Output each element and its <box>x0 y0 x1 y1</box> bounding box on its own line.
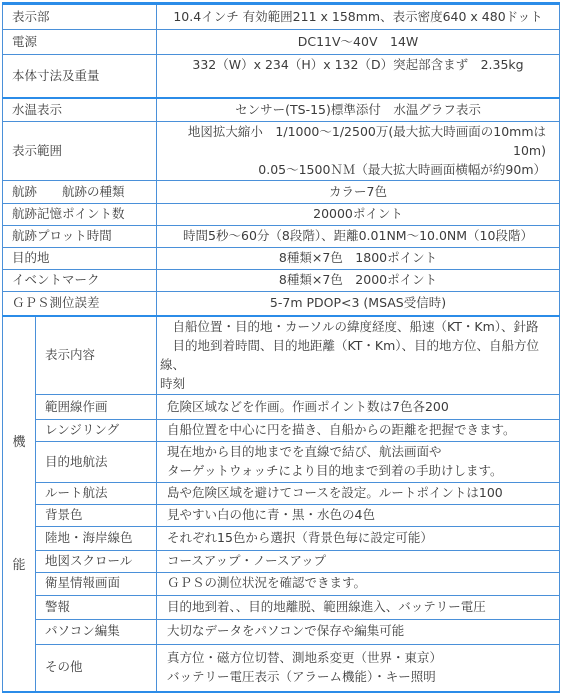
function-group-char: 能 <box>12 556 25 576</box>
table-row: 電源 DC11V～40V 14W <box>3 30 560 55</box>
spec-value: 時間5秒～60分（8段階）、距離0.01NM～10.0NM（10段階） <box>157 226 560 248</box>
spec-value: 見やすい白の他に青・黒・水色の4色 <box>157 504 560 526</box>
function-group-box: 機 能 <box>3 433 35 576</box>
table-row: 地図スクロール コースアップ・ノースアップ <box>3 550 560 572</box>
spec-label: レンジリング <box>36 420 157 442</box>
spec-value: 大切なデータをパソコンで保存や編集可能 <box>157 619 560 644</box>
table-row: 航跡 航跡の種類 カラー7色 <box>3 181 560 204</box>
spec-label: パソコン編集 <box>36 619 157 644</box>
table-row: 目的地航法 現在地から目的地までを直線で結び、航法画面や ターゲットウォッチによ… <box>3 442 560 483</box>
spec-value: センサー(TS-15)標準添付 水温グラフ表示 <box>157 98 560 122</box>
spec-label: 表示部 <box>3 4 157 30</box>
spec-label: 水温表示 <box>3 98 157 122</box>
table-row: ルート航法 島や危険区域を避けてコースを設定。ルートポイントは100 <box>3 482 560 504</box>
spec-value: DC11V～40V 14W <box>157 30 560 55</box>
spec-label: 背景色 <box>36 504 157 526</box>
spec-value: 目的地到着、、目的地離脱、範囲線進入、バッテリー電圧 <box>157 595 560 619</box>
table-row: ＧＰＳ測位誤差 5-7m PDOP<3 (MSAS受信時) <box>3 292 560 317</box>
function-group-label: 機 能 <box>3 316 36 692</box>
table-row: 表示範囲 地図拡大縮小 1/1000～1/2500万(最大拡大時画面の10mmは… <box>3 122 560 181</box>
spec-label: ルート航法 <box>36 482 157 504</box>
table-row: 航跡プロット時間 時間5秒～60分（8段階）、距離0.01NM～10.0NM（1… <box>3 226 560 248</box>
spec-value: 地図拡大縮小 1/1000～1/2500万(最大拡大時画面の10mmは10m) … <box>157 122 560 181</box>
spec-value: 10.4インチ 有効範囲211 x 158mm、表示密度640 x 480ドット <box>157 4 560 30</box>
table-row: パソコン編集 大切なデータをパソコンで保存や編集可能 <box>3 619 560 644</box>
table-row: イベントマーク 8種類×7色 2000ポイント <box>3 270 560 292</box>
function-group-char: 機 <box>12 433 25 453</box>
spec-value: 332（W）x 234（H）x 132（D）突起部含まず 2.35kg <box>157 55 560 99</box>
spec-value: 真方位・磁方位切替、測地系変更（世界・東京） バッテリー電圧表示（アラーム機能）… <box>157 644 560 692</box>
table-row: 陸地・海岸線色 それぞれ15色から選択（背景色毎に設定可能） <box>3 526 560 550</box>
spec-value: 20000ポイント <box>157 204 560 226</box>
spec-value: ＧＰＳの測位状況を確認できます。 <box>157 572 560 595</box>
table-row: 目的地 8種類×7色 1800ポイント <box>3 248 560 270</box>
table-row: 機 能 表示内容 自船位置・目的地・カーソルの緯度経度、船速（KT・Km）、針路… <box>3 316 560 395</box>
spec-value: 5-7m PDOP<3 (MSAS受信時) <box>157 292 560 317</box>
spec-label: その他 <box>36 644 157 692</box>
spec-label: 本体寸法及重量 <box>3 55 157 99</box>
spec-label: 範囲線作画 <box>36 395 157 420</box>
spec-label: 陸地・海岸線色 <box>36 526 157 550</box>
spec-value: 危険区域などを作画。作画ポイント数は7色各200 <box>157 395 560 420</box>
table-row: レンジリング 自船位置を中心に円を描き、自船からの距離を把握できます。 <box>3 420 560 442</box>
spec-label: 警報 <box>36 595 157 619</box>
spec-value: 現在地から目的地までを直線で結び、航法画面や ターゲットウォッチにより目的地まで… <box>157 442 560 483</box>
spec-value: 自船位置を中心に円を描き、自船からの距離を把握できます。 <box>157 420 560 442</box>
spec-label: 衛星情報画面 <box>36 572 157 595</box>
spec-label: 地図スクロール <box>36 550 157 572</box>
spec-label: 航跡記憶ポイント数 <box>3 204 157 226</box>
table-row: 本体寸法及重量 332（W）x 234（H）x 132（D）突起部含まず 2.3… <box>3 55 560 99</box>
spec-label: 航跡 航跡の種類 <box>3 181 157 204</box>
spec-label: ＧＰＳ測位誤差 <box>3 292 157 317</box>
spec-label: 航跡プロット時間 <box>3 226 157 248</box>
spec-value: コースアップ・ノースアップ <box>157 550 560 572</box>
spec-label: 目的地 <box>3 248 157 270</box>
table-row: 範囲線作画 危険区域などを作画。作画ポイント数は7色各200 <box>3 395 560 420</box>
table-row: 表示部 10.4インチ 有効範囲211 x 158mm、表示密度640 x 48… <box>3 4 560 30</box>
spec-label: 目的地航法 <box>36 442 157 483</box>
table-row: 背景色 見やすい白の他に青・黒・水色の4色 <box>3 504 560 526</box>
spec-value: カラー7色 <box>157 181 560 204</box>
spec-value: それぞれ15色から選択（背景色毎に設定可能） <box>157 526 560 550</box>
table-row: 警報 目的地到着、、目的地離脱、範囲線進入、バッテリー電圧 <box>3 595 560 619</box>
spec-value: 8種類×7色 2000ポイント <box>157 270 560 292</box>
spec-label: 表示内容 <box>36 316 157 395</box>
table-row: 航跡記憶ポイント数 20000ポイント <box>3 204 560 226</box>
table-row: その他 真方位・磁方位切替、測地系変更（世界・東京） バッテリー電圧表示（アラー… <box>3 644 560 692</box>
spec-label: 電源 <box>3 30 157 55</box>
spec-label: 表示範囲 <box>3 122 157 181</box>
table-row: 衛星情報画面 ＧＰＳの測位状況を確認できます。 <box>3 572 560 595</box>
spec-value: 自船位置・目的地・カーソルの緯度経度、船速（KT・Km）、針路 目的地到着時間、… <box>157 316 560 395</box>
spec-value: 8種類×7色 1800ポイント <box>157 248 560 270</box>
spec-table: 表示部 10.4インチ 有効範囲211 x 158mm、表示密度640 x 48… <box>2 2 560 693</box>
spec-label: イベントマーク <box>3 270 157 292</box>
spec-value: 島や危険区域を避けてコースを設定。ルートポイントは100 <box>157 482 560 504</box>
table-row: 水温表示 センサー(TS-15)標準添付 水温グラフ表示 <box>3 98 560 122</box>
